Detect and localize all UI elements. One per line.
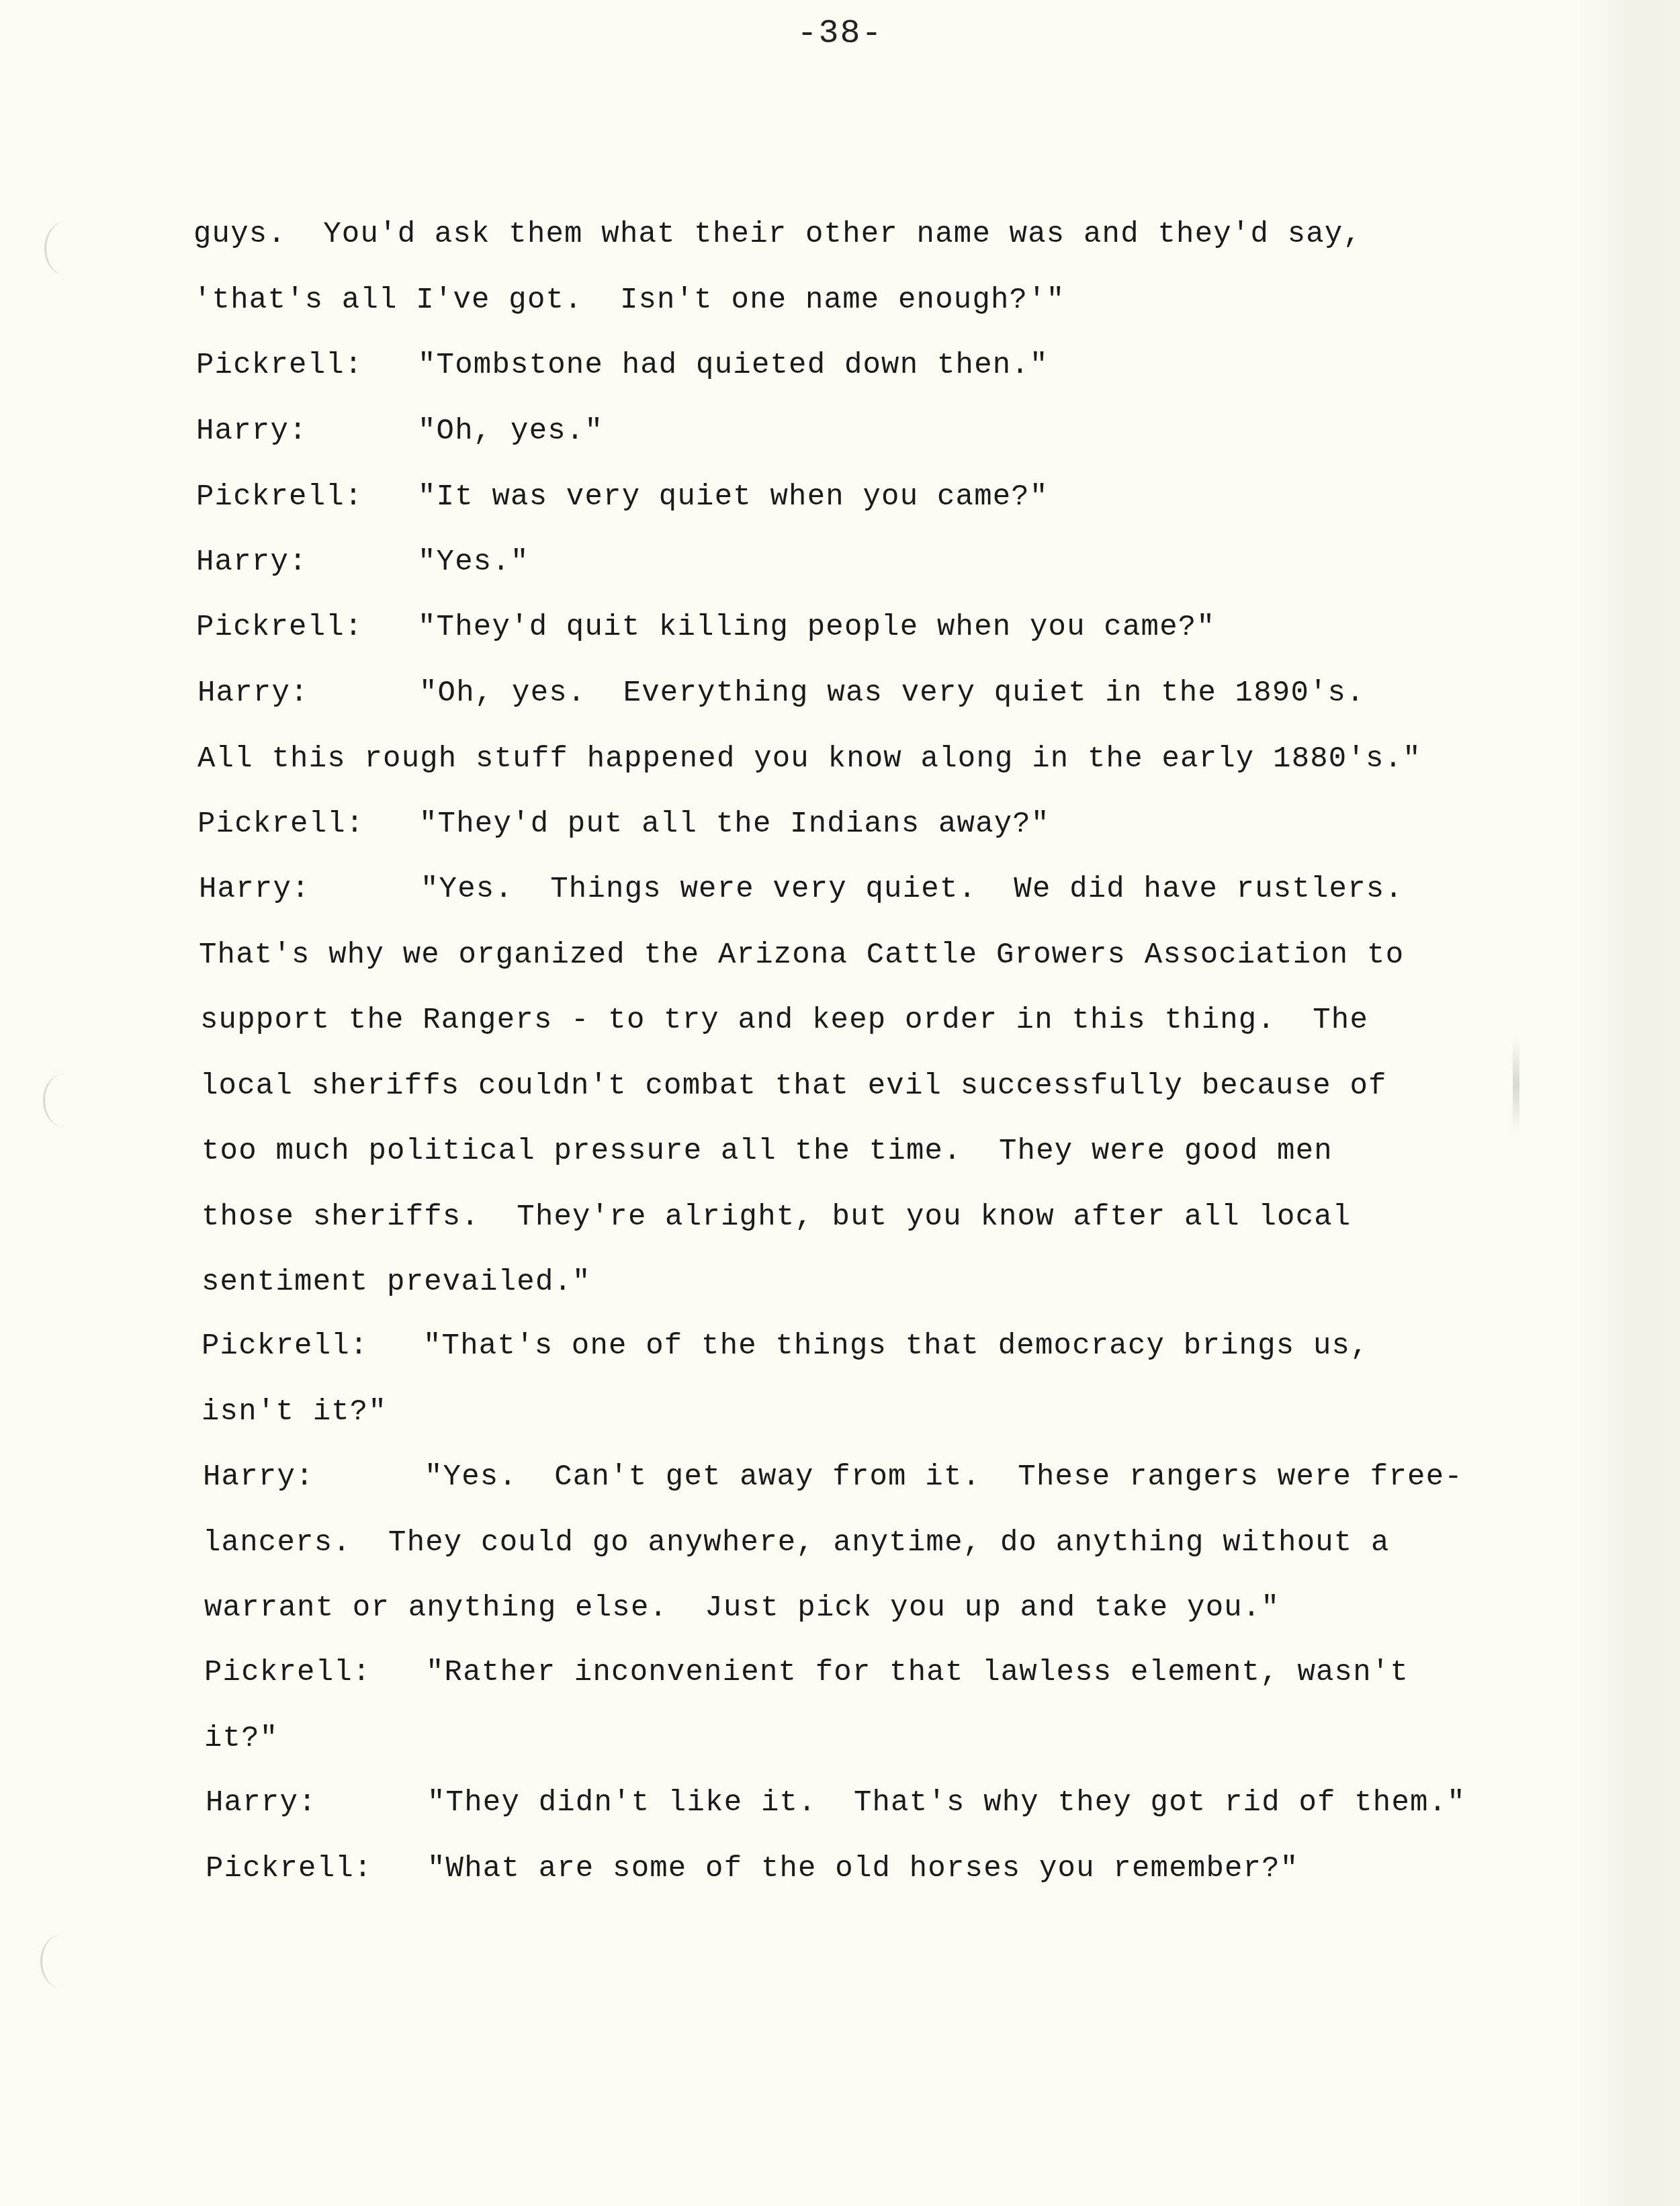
speaker-label: Pickrell:	[202, 1331, 423, 1361]
speaker-label: Harry:	[203, 1462, 425, 1492]
line-text: those sheriffs. They're alright, but you…	[202, 1200, 1351, 1234]
transcript-line: lancers. They could go anywhere, anytime…	[203, 1528, 1390, 1558]
transcript-line: warrant or anything else. Just pick you …	[204, 1593, 1280, 1623]
transcript-line: isn't it?"	[202, 1397, 387, 1427]
line-text: 'that's all I've got. Isn't one name eno…	[193, 283, 1065, 317]
transcript-line: Harry:"Oh, yes."	[196, 416, 603, 446]
speaker-label: Harry:	[206, 1788, 427, 1818]
punch-hole-mark	[40, 1935, 83, 1988]
speaker-label: Pickrell:	[196, 482, 418, 512]
line-text: too much political pressure all the time…	[202, 1135, 1333, 1168]
transcript-line: Harry:"Yes. Can't get away from it. Thes…	[203, 1462, 1463, 1492]
speaker-label: Harry:	[199, 875, 421, 904]
line-text: "Oh, yes."	[418, 414, 603, 448]
speaker-label: Pickrell:	[204, 1658, 426, 1687]
line-text: "It was very quiet when you came?"	[418, 480, 1049, 514]
speaker-label: Pickrell:	[196, 613, 418, 642]
line-text: "Yes."	[418, 545, 529, 579]
line-text: local sheriffs couldn't combat that evil…	[200, 1069, 1387, 1103]
transcript-line: too much political pressure all the time…	[202, 1137, 1333, 1166]
speaker-label: Harry:	[196, 416, 418, 446]
paper-crease-mark	[1513, 1038, 1519, 1132]
transcript-line: 'that's all I've got. Isn't one name eno…	[193, 285, 1065, 315]
transcript-line: Harry:"Oh, yes. Everything was very quie…	[197, 678, 1365, 708]
transcript-line: Harry:"Yes."	[196, 547, 529, 577]
transcript-line: Pickrell:"They'd put all the Indians awa…	[197, 809, 1050, 839]
speaker-label: Pickrell:	[206, 1854, 427, 1884]
line-text: warrant or anything else. Just pick you …	[204, 1591, 1280, 1625]
line-text: isn't it?"	[202, 1395, 387, 1429]
line-text: "They'd quit killing people when you cam…	[418, 611, 1215, 644]
line-text: "Tombstone had quieted down then."	[418, 349, 1049, 382]
line-text: "Yes. Things were very quiet. We did hav…	[421, 873, 1403, 906]
line-text: sentiment prevailed."	[202, 1266, 591, 1299]
speaker-label: Pickrell:	[196, 351, 418, 380]
line-text: That's why we organized the Arizona Catt…	[199, 938, 1404, 972]
line-text: guys. You'd ask them what their other na…	[193, 218, 1362, 251]
line-text: lancers. They could go anywhere, anytime…	[203, 1526, 1390, 1560]
transcript-line: Pickrell:"That's one of the things that …	[202, 1331, 1369, 1361]
transcript-line: Harry:"They didn't like it. That's why t…	[206, 1788, 1466, 1818]
line-text: "They'd put all the Indians away?"	[419, 807, 1050, 841]
line-text: it?"	[204, 1722, 278, 1755]
transcript-line: All this rough stuff happened you know a…	[197, 744, 1421, 774]
transcript-line: those sheriffs. They're alright, but you…	[202, 1202, 1351, 1232]
speaker-label: Pickrell:	[197, 809, 419, 839]
speaker-label: Harry:	[196, 547, 418, 577]
transcript-line: local sheriffs couldn't combat that evil…	[200, 1071, 1387, 1101]
transcript-line: Pickrell:"Tombstone had quieted down the…	[196, 351, 1049, 380]
transcript-line: sentiment prevailed."	[202, 1268, 591, 1297]
punch-hole-mark	[43, 1073, 85, 1127]
transcript-line: Harry:"Yes. Things were very quiet. We d…	[199, 875, 1403, 904]
punch-hole-mark	[44, 222, 87, 275]
transcript-line: Pickrell:"What are some of the old horse…	[206, 1854, 1298, 1884]
line-text: "Yes. Can't get away from it. These rang…	[425, 1460, 1463, 1494]
transcript-line: Pickrell:"Rather inconvenient for that l…	[204, 1658, 1409, 1687]
line-text: All this rough stuff happened you know a…	[197, 742, 1421, 776]
line-text: support the Rangers - to try and keep or…	[200, 1004, 1368, 1037]
transcript-line: support the Rangers - to try and keep or…	[200, 1006, 1368, 1035]
line-text: "What are some of the old horses you rem…	[427, 1852, 1298, 1886]
transcript-line: it?"	[204, 1724, 278, 1753]
line-text: "They didn't like it. That's why they go…	[427, 1786, 1466, 1820]
transcript-line: Pickrell:"It was very quiet when you cam…	[196, 482, 1049, 512]
line-text: "Rather inconvenient for that lawless el…	[426, 1656, 1409, 1689]
transcript-line: guys. You'd ask them what their other na…	[193, 220, 1362, 249]
transcript-line: That's why we organized the Arizona Catt…	[199, 940, 1404, 970]
speaker-label: Harry:	[197, 678, 419, 708]
line-text: "Oh, yes. Everything was very quiet in t…	[419, 676, 1365, 710]
page-number: -38-	[0, 15, 1680, 53]
transcript-line: Pickrell:"They'd quit killing people whe…	[196, 613, 1215, 642]
line-text: "That's one of the things that democracy…	[423, 1329, 1369, 1363]
